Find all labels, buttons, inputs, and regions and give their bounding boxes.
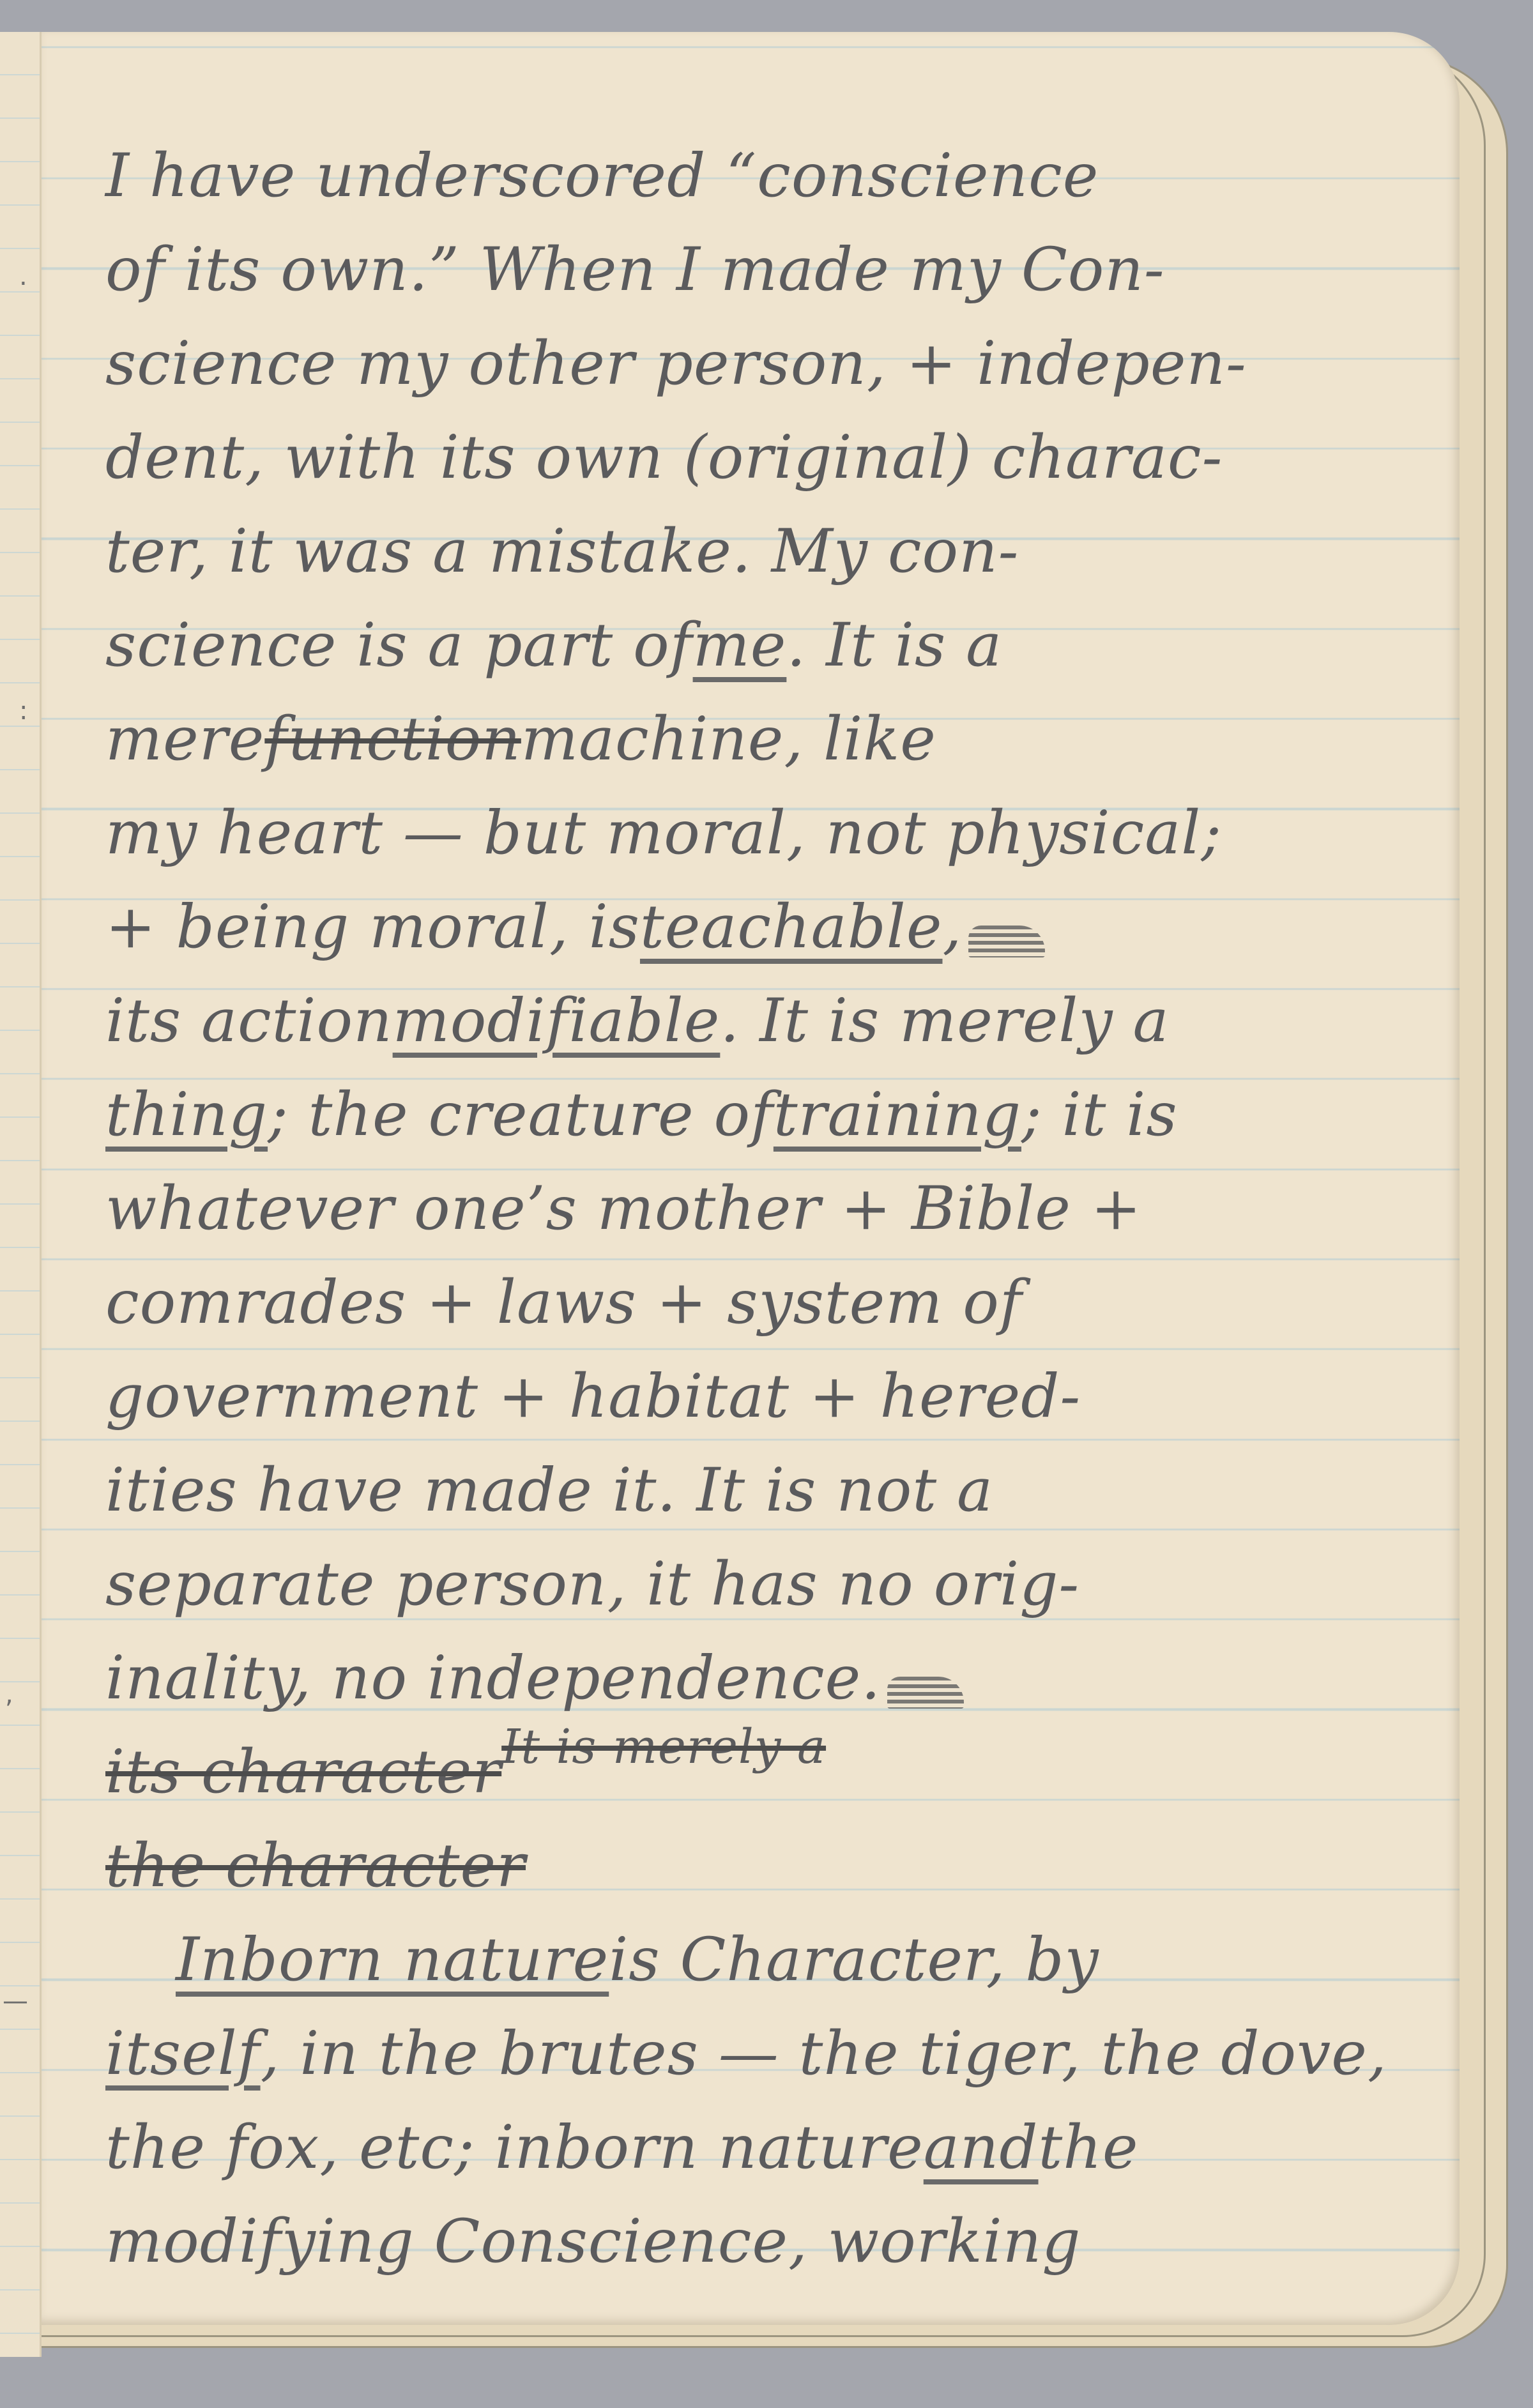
line-text: modifying Conscience, working [105, 2212, 1081, 2272]
line-text: government + habitat + hered- [105, 1367, 1081, 1427]
manuscript-line: comrades + laws + system of [105, 1248, 1434, 1342]
manuscript-line: separate person, it has no orig- [105, 1530, 1434, 1624]
struck-text: function [264, 710, 521, 770]
underlined-text: me [693, 616, 787, 676]
manuscript-line: government + habitat + hered- [105, 1342, 1434, 1436]
line-text: my heart — but moral, not physical; [105, 804, 1222, 864]
line-text: , in the brutes — the tiger, the dove, [261, 2024, 1387, 2084]
struck-text: its character [105, 1742, 501, 1802]
manuscript-line: whatever one’s mother + Bible + [105, 1154, 1434, 1248]
struck-text: It is merely a [501, 1723, 826, 1771]
underlined-text: and [924, 2118, 1039, 2178]
line-text: separate person, it has no orig- [105, 1555, 1079, 1615]
underlined-text: itself [105, 2024, 261, 2084]
manuscript-line: inality, no independence. [105, 1624, 1434, 1718]
manuscript-line: of its own.” When I made my Con- [105, 215, 1434, 309]
manuscript-line: + being moral, is teachable, [105, 873, 1434, 966]
underlined-text: training [774, 1085, 1021, 1145]
line-text: + being moral, is [105, 897, 640, 957]
struck-text: the character [105, 1836, 526, 1896]
manuscript-line: thing; the creature of training; it is [105, 1060, 1434, 1154]
notebook-page: I have underscored “conscienceof its own… [42, 32, 1460, 2325]
manuscript-line: Inborn nature is Character, by [105, 1905, 1434, 1999]
handwritten-text-block: I have underscored “conscienceof its own… [105, 121, 1434, 2281]
line-text: I have underscored “conscience [105, 146, 1099, 206]
underlined-text: modifiable [393, 991, 721, 1051]
underlined-text: thing [105, 1085, 268, 1145]
line-text: the fox, etc; inborn nature [105, 2118, 924, 2178]
manuscript-line: its characterIt is merely a [105, 1718, 1434, 1811]
manuscript-line: ities have made it. It is not a [105, 1436, 1434, 1530]
line-text: ter, it was a mistake. My con- [105, 522, 1019, 582]
underlined-text: Inborn nature [176, 1930, 609, 1990]
manuscript-line: the character [105, 1811, 1434, 1905]
line-text: machine, like [521, 710, 936, 770]
line-text: is Character, by [609, 1930, 1099, 1990]
underlined-text: teachable [640, 897, 943, 957]
scribble-blot-icon [968, 926, 1045, 957]
left-page-mark: . [19, 262, 27, 291]
line-text: science is a part of [105, 616, 693, 676]
line-text: the [1039, 2118, 1139, 2178]
manuscript-line: ter, it was a mistake. My con- [105, 497, 1434, 591]
previous-page-sliver: . : , — [0, 32, 42, 2357]
line-text: ; it is [1021, 1085, 1178, 1145]
left-page-mark: — [3, 1986, 28, 2016]
scribble-blot-icon [887, 1677, 964, 1709]
line-text: . It is a [786, 616, 1002, 676]
manuscript-line: its action modifiable. It is merely a [105, 966, 1434, 1060]
line-text: comrades + laws + system of [105, 1273, 1023, 1333]
manuscript-line: itself, in the brutes — the tiger, the d… [105, 1999, 1434, 2093]
line-text: . It is merely a [720, 991, 1169, 1051]
manuscript-line: dent, with its own (original) charac- [105, 403, 1434, 497]
line-text: mere [105, 710, 264, 770]
left-page-mark: : [19, 696, 27, 726]
manuscript-line: science my other person, + indepen- [105, 309, 1434, 403]
manuscript-line: the fox, etc; inborn nature and the [105, 2093, 1434, 2187]
line-text: whatever one’s mother + Bible + [105, 1179, 1142, 1239]
line-text: science my other person, + indepen- [105, 334, 1247, 394]
line-text: , [942, 897, 962, 957]
line-text: ities have made it. It is not a [105, 1461, 993, 1521]
line-text: ; the creature of [268, 1085, 774, 1145]
manuscript-line: mere function machine, like [105, 685, 1434, 779]
line-text: its action [105, 991, 393, 1051]
left-page-mark: , [5, 1680, 13, 1709]
manuscript-line: my heart — but moral, not physical; [105, 779, 1434, 873]
line-text: inality, no independence. [105, 1649, 881, 1709]
line-text: dent, with its own (original) charac- [105, 428, 1223, 488]
manuscript-line: I have underscored “conscience [105, 121, 1434, 215]
manuscript-line: science is a part of me. It is a [105, 591, 1434, 685]
line-text: of its own.” When I made my Con- [105, 240, 1165, 300]
manuscript-line: modifying Conscience, working [105, 2187, 1434, 2281]
